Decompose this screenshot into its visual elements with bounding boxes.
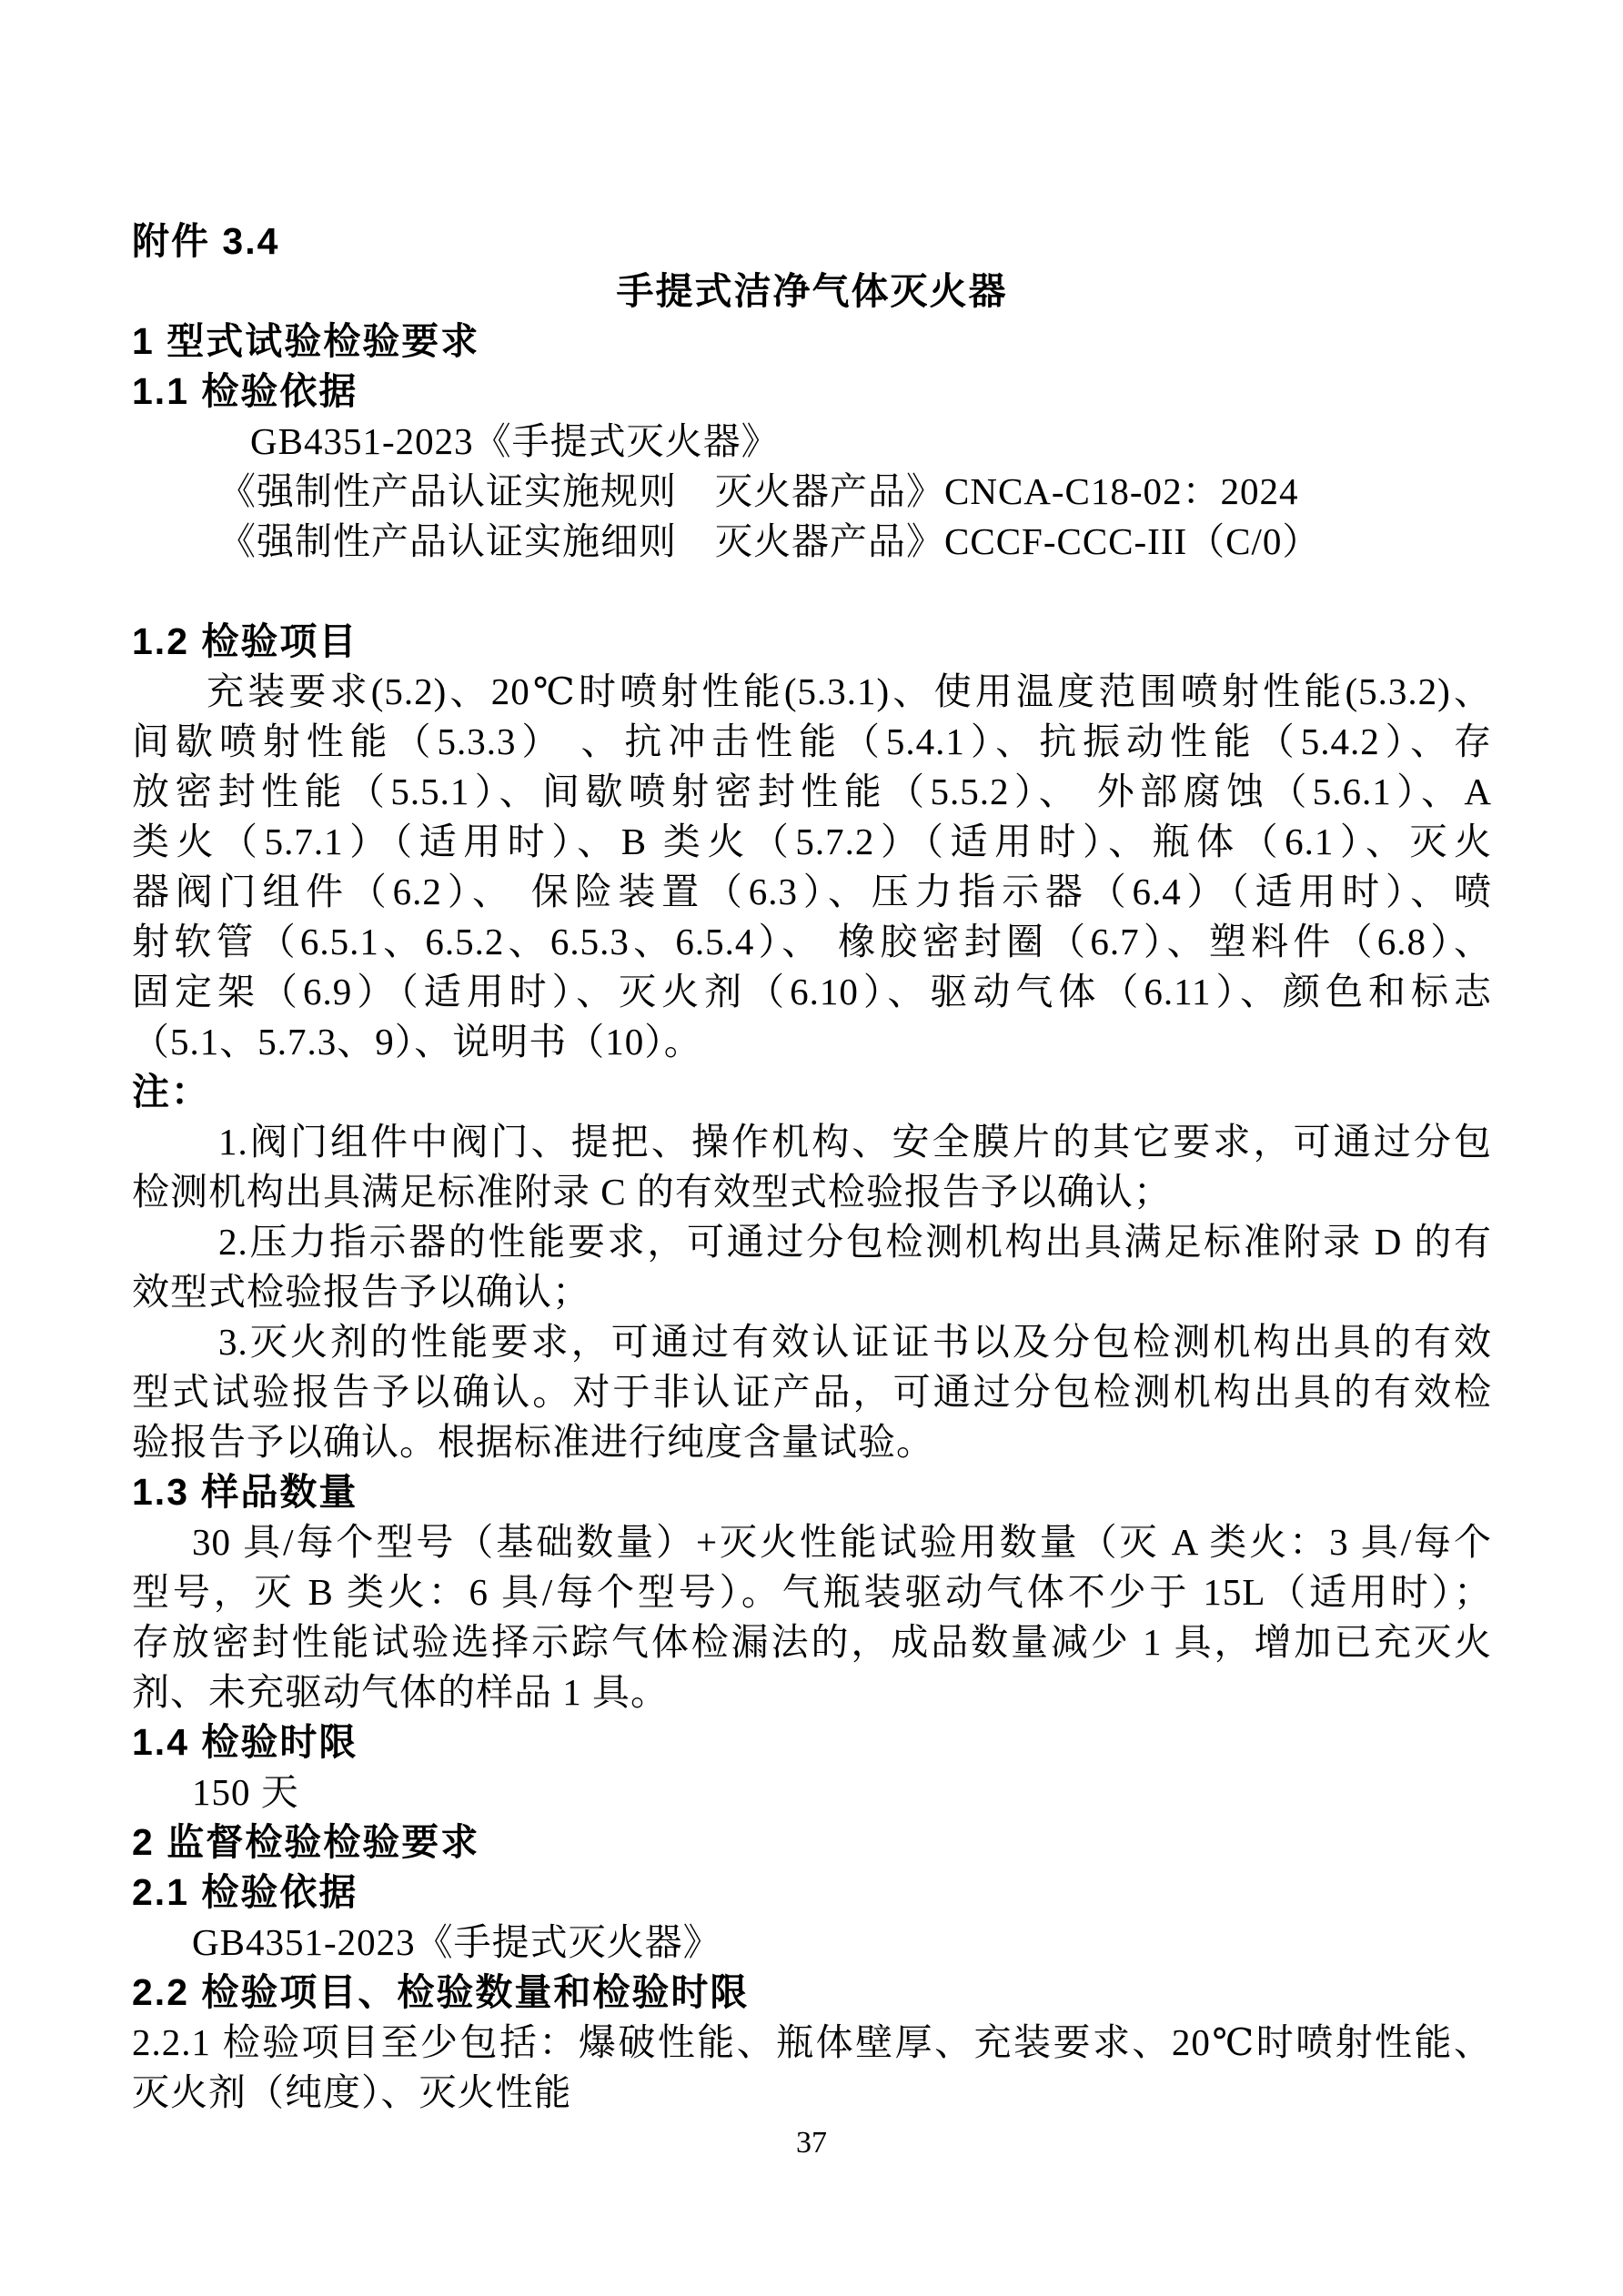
text-line: 放密封性能（5.5.1）、间歇喷射密封性能（5.5.2）、 外部腐蚀（5.6.1…: [132, 767, 1492, 817]
text-line: 剂、未充驱动气体的样品 1 具。: [132, 1667, 1492, 1717]
note-line: 验报告予以确认。根据标准进行纯度含量试验。: [132, 1417, 1492, 1467]
note-line: 型式试验报告予以确认。对于非认证产品，可通过分包检测机构出具的有效检: [132, 1367, 1492, 1417]
text-line: 30 具/每个型号（基础数量）+灭火性能试验用数量（灭 A 类火：3 具/每个: [132, 1517, 1492, 1567]
note-label: 注：: [132, 1067, 1492, 1117]
text-line: 射软管（6.5.1、6.5.2、6.5.3、6.5.4）、 橡胶密封圈（6.7）…: [132, 917, 1492, 967]
attachment-label: 附件 3.4: [132, 217, 1492, 267]
text-line: GB4351-2023《手提式灭火器》: [132, 417, 1492, 467]
heading-section-2: 2 监督检验检验要求: [132, 1818, 1492, 1868]
heading-section-1-2: 1.2 检验项目: [132, 617, 1492, 667]
text-line: 《强制性产品认证实施细则 灭火器产品》CCCF-CCC-III（C/0）: [132, 517, 1492, 567]
text-line: 灭火剂（纯度）、灭火性能: [132, 2068, 1492, 2118]
heading-section-2-2: 2.2 检验项目、检验数量和检验时限: [132, 1968, 1492, 2018]
heading-section-1-1: 1.1 检验依据: [132, 367, 1492, 417]
text-line: 存放密封性能试验选择示踪气体检漏法的，成品数量减少 1 具，增加已充灭火: [132, 1617, 1492, 1667]
text-line: 《强制性产品认证实施规则 灭火器产品》CNCA-C18-02：2024: [132, 467, 1492, 517]
text-line: 间歇喷射性能（5.3.3） 、抗冲击性能（5.4.1）、抗振动性能（5.4.2）…: [132, 717, 1492, 767]
note-line: 1.阀门组件中阀门、提把、操作机构、安全膜片的其它要求，可通过分包: [132, 1117, 1492, 1167]
text-line: 器阀门组件（6.2）、 保险装置（6.3）、压力指示器（6.4）（适用时）、喷: [132, 867, 1492, 917]
heading-section-1-3: 1.3 样品数量: [132, 1467, 1492, 1517]
text-line: 2.2.1 检验项目至少包括：爆破性能、瓶体壁厚、充装要求、20℃时喷射性能、: [132, 2018, 1492, 2068]
document-body: 附件 3.4 手提式洁净气体灭火器 1 型式试验检验要求 1.1 检验依据 GB…: [132, 217, 1492, 2118]
text-line: 150 天: [132, 1767, 1492, 1818]
note-line: 3.灭火剂的性能要求，可通过有效认证证书以及分包检测机构出具的有效: [132, 1317, 1492, 1367]
document-page: 附件 3.4 手提式洁净气体灭火器 1 型式试验检验要求 1.1 检验依据 GB…: [0, 0, 1623, 2296]
text-line: （5.1、5.7.3、9）、说明书（10）。: [132, 1017, 1492, 1067]
page-title: 手提式洁净气体灭火器: [132, 267, 1492, 317]
text-line: GB4351-2023《手提式灭火器》: [132, 1918, 1492, 1968]
heading-section-1: 1 型式试验检验要求: [132, 317, 1492, 367]
note-line: 2.压力指示器的性能要求，可通过分包检测机构出具满足标准附录 D 的有: [132, 1217, 1492, 1267]
text-line: 充装要求(5.2)、20℃时喷射性能(5.3.1)、使用温度范围喷射性能(5.3…: [132, 667, 1492, 717]
page-number: 37: [0, 2125, 1623, 2161]
note-line: 检测机构出具满足标准附录 C 的有效型式检验报告予以确认；: [132, 1167, 1492, 1217]
text-line: 固定架（6.9）（适用时）、灭火剂（6.10）、驱动气体（6.11）、颜色和标志: [132, 967, 1492, 1017]
text-line: 型号，灭 B 类火：6 具/每个型号）。气瓶装驱动气体不少于 15L（适用时）；: [132, 1567, 1492, 1617]
note-line: 效型式检验报告予以确认；: [132, 1267, 1492, 1317]
heading-section-2-1: 2.1 检验依据: [132, 1868, 1492, 1918]
text-line: 类火（5.7.1）（适用时）、B 类火（5.7.2）（适用时）、瓶体（6.1）、…: [132, 817, 1492, 867]
heading-section-1-4: 1.4 检验时限: [132, 1717, 1492, 1767]
